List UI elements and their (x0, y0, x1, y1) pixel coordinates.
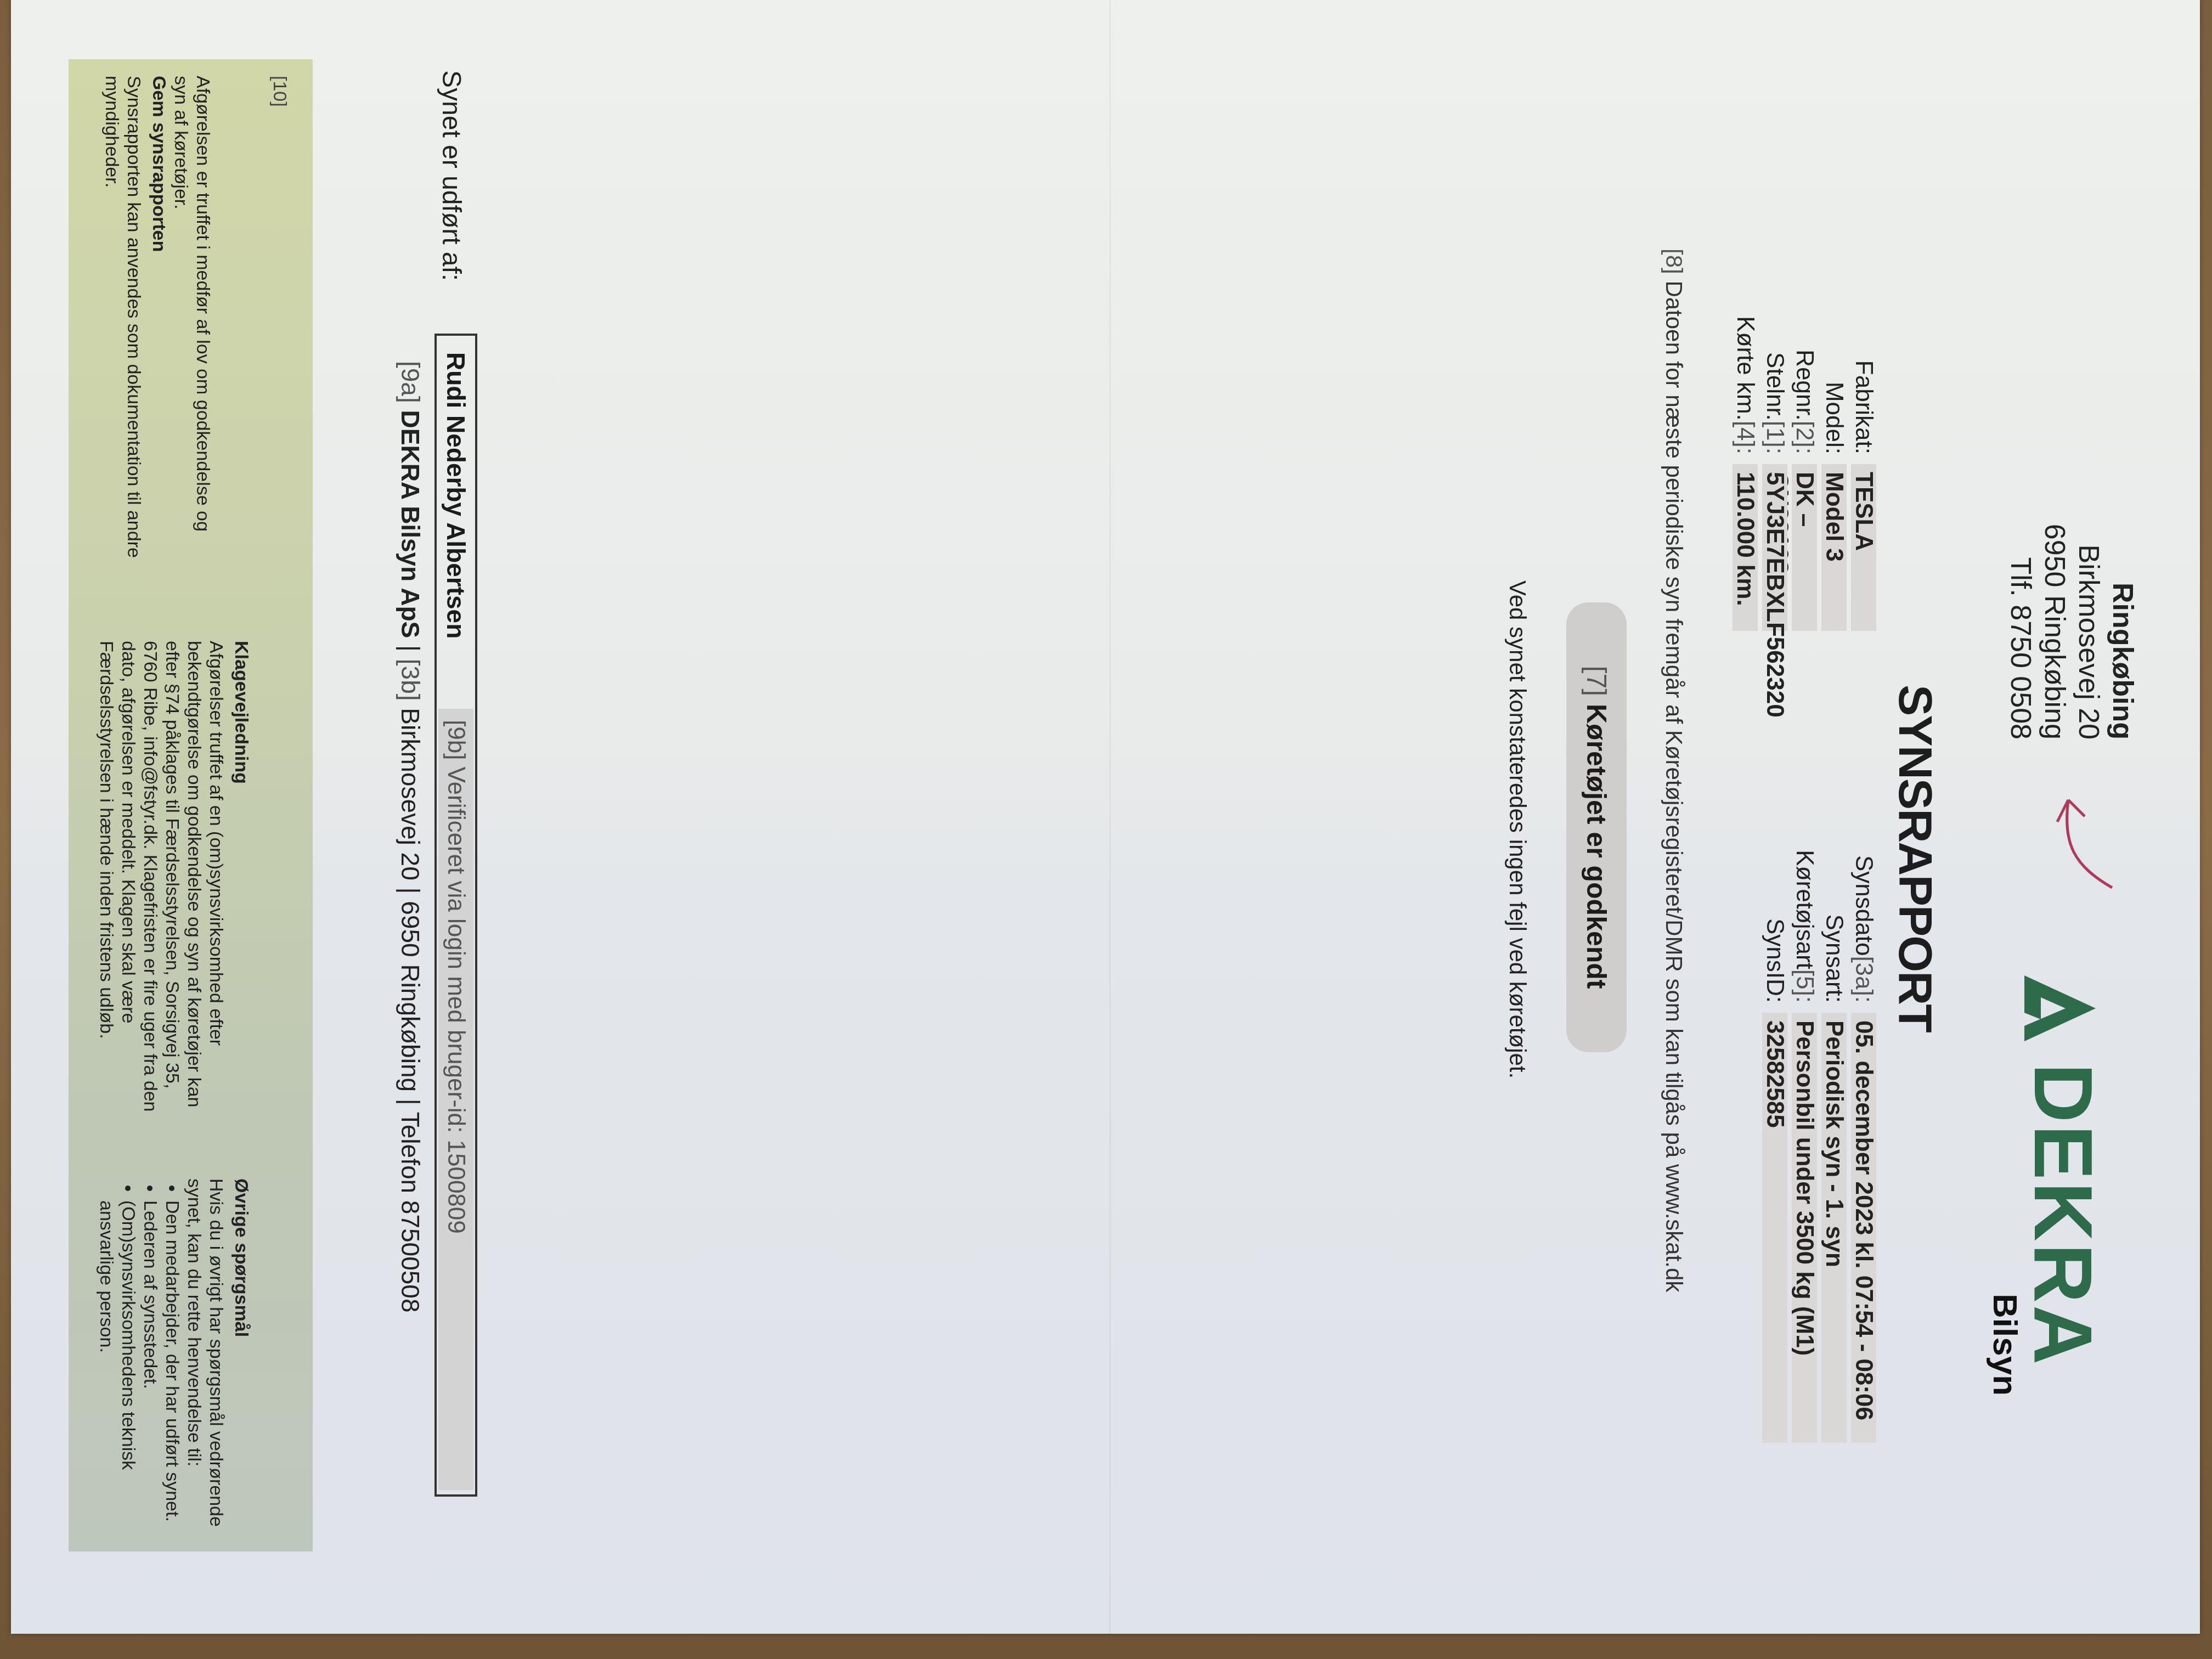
inspection-row-type: Synsart: Periodisk syn - 1. syn (1821, 822, 1847, 1443)
mileage-value: 110.000 km. (1733, 464, 1758, 631)
company-name: DEKRA Bilsyn ApS (396, 410, 425, 639)
vehicle-class-value: Personbil under 3500 kg (M1) (1792, 1013, 1817, 1443)
vehicle-row-regnr: Regnr.[2]: DK – CN88168 (1792, 306, 1817, 631)
company-line: [9a] DEKRA Bilsyn ApS | [3b] Birkmosevej… (396, 361, 425, 1313)
inspection-row-vehicle-class: Køretøjsart[5]: Personbil under 3500 kg … (1792, 822, 1817, 1443)
vehicle-row-mileage: Kørte km.[4]: 110.000 km. (1733, 306, 1758, 631)
branch-name: Ringkøbing (2106, 509, 2140, 740)
approval-text: Køretøjet er godkendt (1581, 704, 1612, 989)
branch-address: Ringkøbing Birkmosevej 20 6950 Ringkøbin… (2004, 509, 2140, 740)
vehicle-details: Fabrikat: TESLA Model: Model 3 Regnr.[2]… (1728, 306, 1876, 631)
info-column-law: [10] Afgørelsen er truffet i medfør af l… (101, 76, 291, 558)
questions-text: Hvis du i øvrigt har spørgsmål vedrørend… (183, 1178, 227, 1541)
model-value: Model 3 (1821, 464, 1847, 631)
inspection-row-id: SynsID: 32582585 (1762, 822, 1787, 1443)
dekra-logo: DEKRA Bilsyn (1986, 877, 2112, 1370)
vehicle-row-make: Fabrikat: TESLA (1851, 306, 1876, 631)
vehicle-row-vin: Stelnr.[1]: 5YJ3E7EBXLF562320 (1762, 306, 1787, 631)
contact-item: Lederen af synsstedet. (139, 1200, 161, 1541)
branch-street: Birkmosevej 20 (2072, 509, 2106, 740)
paper-fold (1109, 0, 1111, 1634)
info-column-complaint: Klagevejledning Afgørelser truffet af en… (95, 641, 252, 1124)
make-value: TESLA (1851, 464, 1876, 631)
questions-title: Øvrige spørgsmål (230, 1178, 252, 1541)
registration-value: DK – CN88168 (1792, 464, 1817, 631)
contact-item: (Om)synsvirksomhedens teknisk ansvarlige… (95, 1200, 139, 1541)
approval-badge: [7] Køretøjet er godkendt (1566, 602, 1627, 1052)
contact-list: Den medarbejder, der har udført synet. L… (95, 1178, 183, 1541)
inspection-details: Synsdato[3a]: 05. december 2023 kl. 07:5… (1758, 822, 1876, 1443)
inspection-type-value: Periodisk syn - 1. syn (1821, 1013, 1847, 1443)
inspector-label: Synet er udført af: (436, 70, 466, 281)
verification-text: [9b] Verificeret via login med bruger-id… (438, 709, 473, 1490)
vin-value: 5YJ3E7EBXLF562320 (1762, 464, 1787, 631)
inspection-row-date: Synsdato[3a]: 05. december 2023 kl. 07:5… (1851, 822, 1876, 1443)
inspection-report-sheet: Ringkøbing Birkmosevej 20 6950 Ringkøbin… (11, 0, 2200, 1634)
contact-item: Den medarbejder, der har udført synet. (161, 1200, 183, 1541)
legal-info-box: [10] Afgørelsen er truffet i medfør af l… (69, 59, 313, 1551)
page-title: SYNSRAPPORT (1888, 685, 1942, 1032)
inspector-name: Rudi Nederby Albertsen (441, 336, 471, 709)
info-column-questions: Øvrige spørgsmål Hvis du i øvrigt har sp… (95, 1178, 252, 1541)
complaint-title: Klagevejledning (230, 641, 252, 1124)
logo-wordmark: DEKRA (2022, 1063, 2104, 1367)
dekra-triangle-icon (2019, 964, 2107, 1052)
logo-subtitle: Bilsyn (1985, 1294, 2024, 1396)
inspector-signature-box: Rudi Nederby Albertsen [9b] Verificeret … (435, 334, 477, 1497)
law-text: Afgørelsen er truffet i medfør af lov om… (170, 76, 214, 558)
complaint-text: Afgørelser truffet af en (om)synsvirksom… (95, 641, 227, 1124)
keep-report-text: Synsrapporten kan anvendes som dokumenta… (101, 76, 145, 558)
inspection-date-value: 05. december 2023 kl. 07:54 - 08:06 (1851, 1013, 1876, 1443)
keep-report-title: Gem synsrapporten (148, 76, 170, 558)
next-inspection-note: [8] Datoen for næste periodiske syn frem… (1661, 249, 1687, 1292)
branch-phone: Tlf. 8750 0508 (2004, 509, 2038, 740)
inspection-id-value: 32582585 (1762, 1013, 1787, 1443)
company-address: Birkmosevej 20 | 6950 Ringkøbing | Telef… (396, 708, 425, 1312)
no-faults-text: Ved synet konstateredes ingen fejl ved k… (1504, 580, 1531, 1079)
branch-city: 6950 Ringkøbing (2038, 509, 2072, 740)
vehicle-row-model: Model: Model 3 (1821, 306, 1847, 631)
